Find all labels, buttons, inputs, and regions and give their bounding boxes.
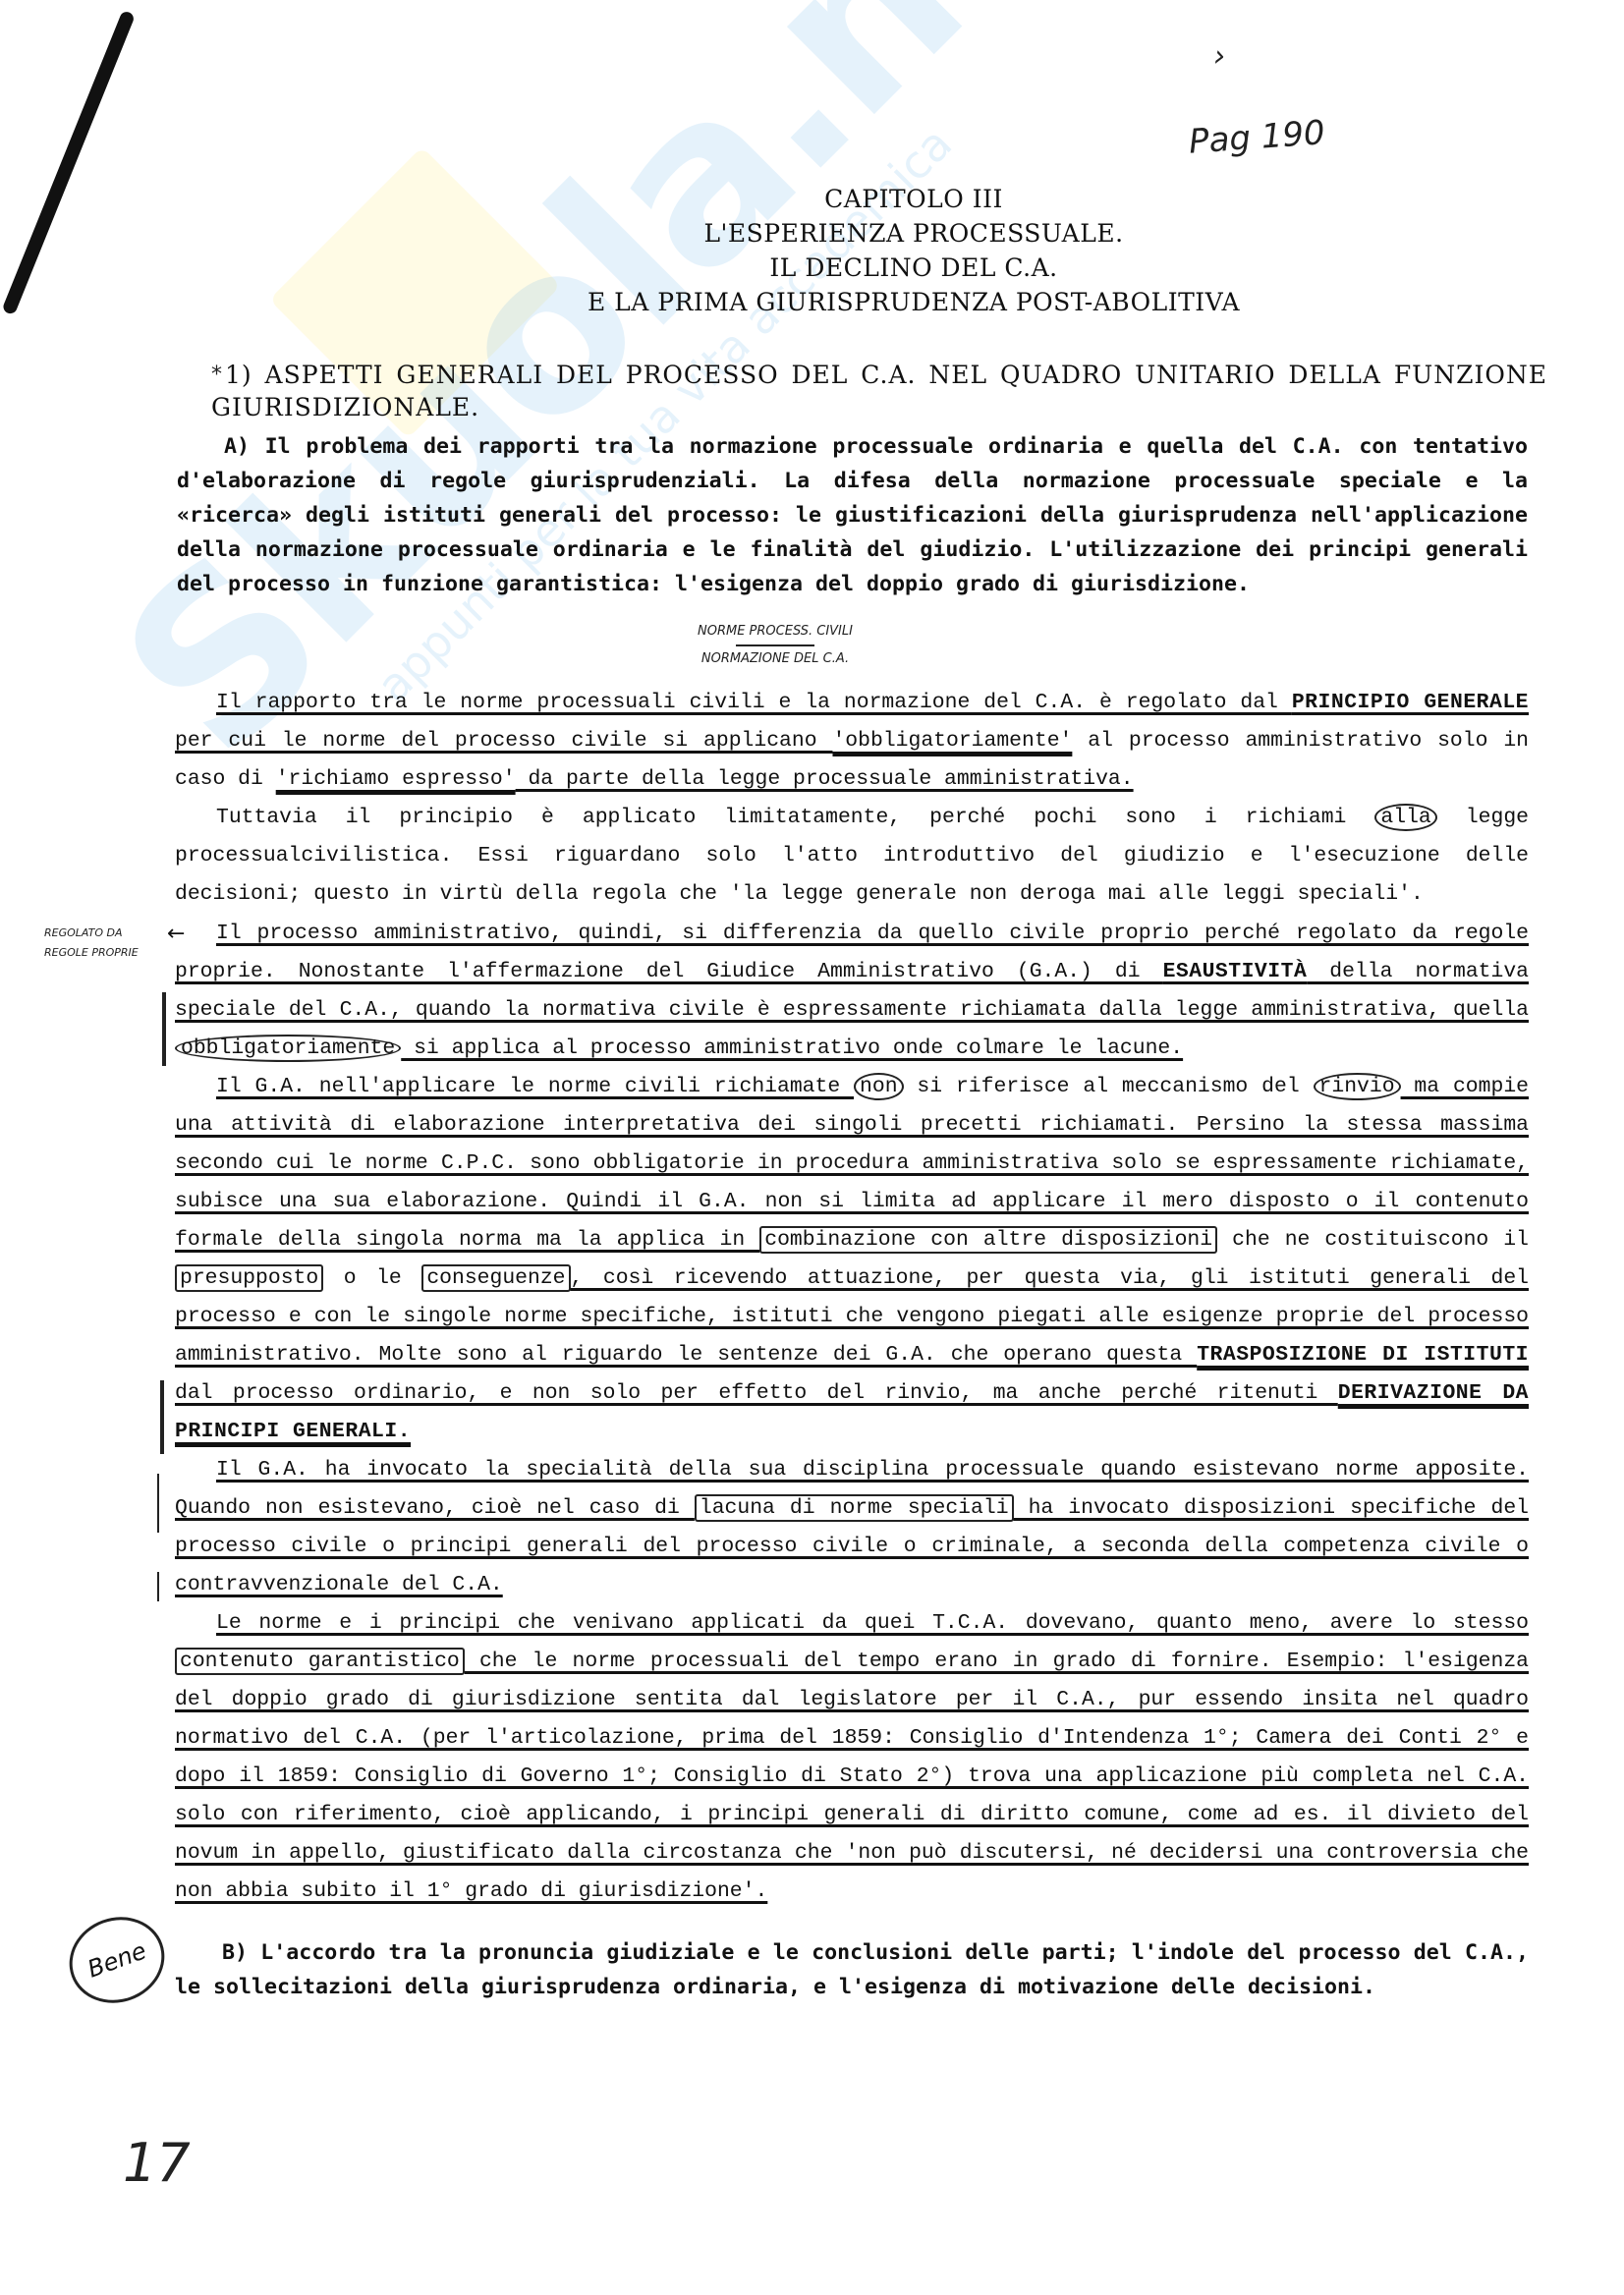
paragraph-5: Il G.A. ha invocato la specialità della … — [175, 1451, 1529, 1604]
handwritten-bene-circle: Bene — [57, 1904, 177, 2016]
handwritten-page-reference: Pag 190 — [1188, 113, 1326, 162]
text-run: dal processo ordinario, e non solo per e… — [175, 1381, 1338, 1405]
emphasis-trasposizione: TRASPOSIZIONE DI ISTITUTI — [1197, 1343, 1529, 1367]
margin-bar — [157, 1572, 159, 1601]
emphasis-richiamo-espresso: 'richiamo espresso' — [276, 767, 516, 791]
text-run: ma compie una attività di elaborazione i… — [175, 1075, 1529, 1252]
margin-note: REGOLATO DA REGOLE PROPRIE — [44, 924, 162, 963]
margin-bar — [157, 1474, 159, 1533]
boxed-phrase-contenuto-garantistico: contenuto garantistico — [175, 1648, 465, 1675]
text-run: Il rapporto tra le norme processuali civ… — [216, 691, 1292, 714]
boxed-phrase-lacuna: lacuna di norme speciali — [695, 1494, 1014, 1522]
boxed-word-conseguenze: conseguenze — [421, 1264, 570, 1292]
emphasis-principio-generale: PRINCIPIO GENERALE — [1292, 691, 1529, 714]
handwritten-mark: › — [1213, 39, 1225, 74]
chapter-title-line-1: L'ESPERIENZA PROCESSUALE. — [472, 216, 1356, 251]
paragraph-1: Il rapporto tra le norme processuali civ… — [175, 684, 1529, 799]
circled-word-obbligatoriamente: obbligatoriamente — [175, 1035, 401, 1062]
document-page: › Pag 190 CAPITOLO III L'ESPERIENZA PROC… — [0, 0, 1624, 2295]
text-run: si applica al processo amministrativo on… — [401, 1036, 1183, 1060]
paragraph-4: Il G.A. nell'applicare le norme civili r… — [175, 1068, 1529, 1451]
section-summary-b: B) L'accordo tra la pronuncia giudiziale… — [175, 1935, 1529, 2004]
text-run: per cui le norme del processo civile si … — [175, 729, 832, 753]
handwritten-page-number: 17 — [123, 2132, 191, 2194]
text-run: o le — [323, 1266, 421, 1290]
note-denominator: NORMAZIONE DEL C.A. — [698, 646, 853, 672]
boxed-phrase-combinazione: combinazione con altre disposizioni — [759, 1226, 1217, 1254]
paragraph-2: Tuttavia il principio è applicato limita… — [175, 799, 1529, 914]
chapter-title-block: CAPITOLO III L'ESPERIENZA PROCESSUALE. I… — [472, 182, 1356, 319]
text-run: Il G.A. nell'applicare le norme civili r… — [216, 1075, 854, 1098]
circled-word-alla: alla — [1374, 804, 1436, 831]
text-run: da parte della legge processuale amminis… — [516, 767, 1134, 791]
circled-word-rinvio: rinvio — [1314, 1073, 1401, 1100]
circled-word-non: non — [854, 1073, 904, 1100]
text-run: che ne costituiscono il — [1217, 1228, 1529, 1252]
note-numerator: NORME PROCESS. CIVILI — [698, 619, 853, 644]
asterisk-mark: * — [211, 363, 223, 387]
section-heading: *1) ASPETTI GENERALI DEL PROCESSO DEL C.… — [211, 359, 1547, 423]
chapter-number: CAPITOLO III — [472, 182, 1356, 216]
emphasis-obbligatoriamente: 'obbligatoriamente' — [832, 729, 1072, 753]
section-heading-text: 1) ASPETTI GENERALI DEL PROCESSO DEL C.A… — [211, 361, 1547, 421]
margin-bar — [160, 1380, 164, 1454]
handwritten-fraction-note: NORME PROCESS. CIVILI NORMAZIONE DEL C.A… — [698, 619, 853, 672]
paragraph-3: Il processo amministrativo, quindi, si d… — [175, 915, 1529, 1068]
emphasis-esaustivita: ESAUSTIVITÀ — [1163, 960, 1308, 983]
boxed-word-presupposto: presupposto — [175, 1264, 323, 1292]
text-run: Le norme e i principi che venivano appli… — [216, 1611, 1529, 1635]
chapter-title-line-2: IL DECLINO DEL C.A. — [472, 251, 1356, 285]
chapter-title-line-3: E LA PRIMA GIURISPRUDENZA POST-ABOLITIVA — [472, 285, 1356, 319]
section-summary-a: A) Il problema dei rapporti tra la norma… — [177, 429, 1528, 601]
text-run: che le norme processuali del tempo erano… — [175, 1650, 1529, 1903]
margin-bar — [162, 992, 166, 1066]
text-run: si riferisce al meccanismo del — [904, 1075, 1314, 1098]
bene-text: Bene — [84, 1936, 149, 1983]
paragraph-6: Le norme e i principi che venivano appli… — [175, 1604, 1529, 1911]
text-run: Tuttavia il principio è applicato limita… — [216, 806, 1374, 829]
